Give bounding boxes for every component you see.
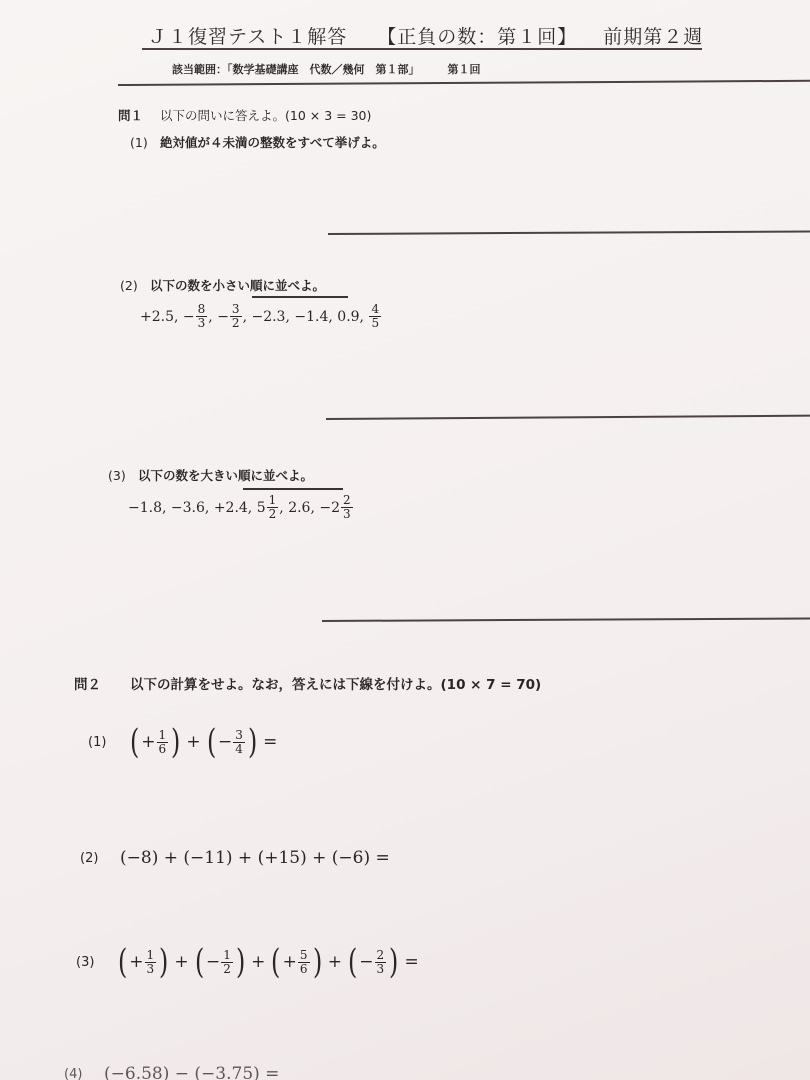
comma: , [208,309,212,325]
fraction: 12 [267,494,279,521]
q1-item-2-text: 以下の数を小さい順に並べよ。 [150,278,325,293]
q2-heading: 問２以下の計算をせよ。なお，答えには下線を付けよ。(10 × 7 = 70) [74,673,541,693]
q2-item-2-num: (2) [80,851,120,866]
fraction: 83 [196,303,208,330]
fraction: 45 [369,303,381,330]
q1-item-2: (2)以下の数を小さい順に並べよ。 [120,276,325,294]
q1-item-2-answer-line[interactable] [326,415,810,420]
q1-item-3-numbers: −1.8, −3.6, +2.4, 512, 2.6, −223 [128,494,354,521]
q2-item-1: (1) (+16) + (−34) = [88,722,281,762]
number-value: −3.6, [171,500,209,516]
mixed-number-whole: −2 [319,500,340,516]
q1-item-1-answer-line[interactable] [328,230,810,235]
title-topic: 【正負の数：第１回】 [377,26,577,48]
q2-item-3: (3) (+13) + (−12) + (+56) + (−23) = [76,942,423,982]
fraction: 32 [230,303,242,330]
q1-item-3: (3)以下の数を大きい順に並べよ。 [108,466,313,484]
q2-item-3-num: (3) [76,955,116,970]
q1-item-1-num: (1) [130,135,160,150]
q2-item-4: (4) (−6.58) − (−3.75) = [64,1064,279,1080]
emphasis-overline-small-order [252,296,348,298]
q1-item-2-numbers: +2.5, − 83, − 32, −2.3, −1.4, 0.9, 45 [140,303,382,330]
comma: , [279,500,283,516]
number-value: +2.5, [140,309,178,325]
mixed-number-whole: 5 [257,500,266,516]
q2-instruction: 以下の計算をせよ。なお，答えには下線を付けよ。(10 × 7 = 70) [130,677,541,693]
q1-item-1: (1)絶対値が４未満の整数をすべて挙げよ。 [130,133,385,151]
comma: , [243,309,247,325]
title-underline [142,48,702,50]
q1-item-3-text: 以下の数を大きい順に並べよ。 [138,468,313,483]
q2-item-4-expression: (−6.58) − (−3.75) = [104,1064,279,1080]
minus-sign: − [217,309,229,325]
q1-item-3-num: (3) [108,468,138,483]
number-value: −1.4, [294,309,332,325]
q1-item-1-text: 絶対値が４未満の整数をすべて挙げよ。 [160,135,385,150]
emphasis-overline-large-order [243,488,343,490]
number-value: 2.6, [288,500,315,516]
number-value: −2.3, [251,309,289,325]
range-session: 第１回 [448,63,481,76]
number-value: +2.4, [214,500,252,516]
range-info: 該当範囲：「数学基礎講座 代数／幾何 第１部」第１回 [172,61,481,77]
range-label: 該当範囲：「数学基礎講座 代数／幾何 第１部」 [172,63,420,76]
minus-sign: − [183,309,195,325]
title-week: 前期第２週 [603,26,703,48]
fraction: 23 [341,494,353,521]
number-value: −1.8, [128,500,166,516]
q1-heading: 問１以下の問いに答えよ。(10 × 3 = 30) [118,106,371,124]
number-value: 0.9, [337,309,364,325]
q1-item-3-answer-line[interactable] [322,617,810,622]
q1-label: 問１ [118,106,160,124]
q1-instruction: 以下の問いに答えよ。(10 × 3 = 30) [160,108,371,123]
q2-label: 問２ [74,673,130,693]
q2-item-2-expression: (−8) + (−11) + (+15) + (−6) = [120,848,390,868]
q1-item-2-num: (2) [120,278,150,293]
q2-item-2: (2) (−8) + (−11) + (+15) + (−6) = [80,848,390,868]
header-divider [118,80,810,86]
q2-item-4-num: (4) [64,1067,104,1080]
title-main: Ｊ１復習テスト１解答 [148,26,347,48]
q2-item-1-num: (1) [88,735,128,750]
document-title: Ｊ１復習テスト１解答【正負の数：第１回】前期第２週 [148,22,703,49]
